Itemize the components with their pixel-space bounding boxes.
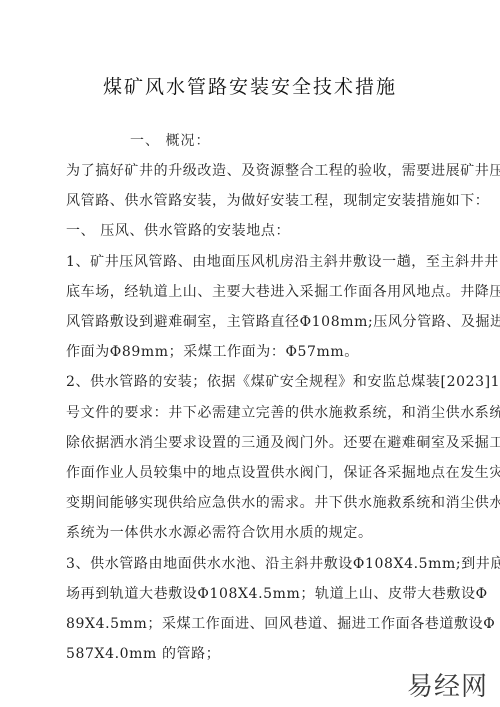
body-line: 场再到轨道大巷敷设Φ108X4.5mm；轨道上山、皮带大巷敷设Φ xyxy=(66,579,446,609)
body-line: 2、供水管路的安装；依据《煤矿安全规程》和安监总煤装[2023]146 xyxy=(66,367,446,397)
section-heading-overview: 一、 概况： xyxy=(130,130,210,150)
body-line: 作面作业人员较集中的地点设置供水阀门，保证各采掘地点在发生灾 xyxy=(66,458,446,488)
body-line: 3、供水管路由地面供水水池、沿主斜井敷设Φ108X4.5mm;到井底车 xyxy=(66,549,446,579)
body-line: 变期间能够实现供给应急供水的需求。井下供水施救系统和消尘供水 xyxy=(66,488,446,518)
body-line: 除依据洒水消尘要求设置的三通及阀门外。还要在避难硐室及采掘工 xyxy=(66,428,446,458)
body-line: 89X4.5mm；采煤工作面进、回风巷道、掘进工作面各巷道敷设Φ xyxy=(66,609,446,639)
body-line: 为了搞好矿井的升级改造、及资源整合工程的验收，需要进展矿井压 xyxy=(66,156,446,186)
body-line: 587X4.0mm 的管路； xyxy=(66,639,446,669)
body-line: 系统为一体供水水源必需符合饮用水质的规定。 xyxy=(66,518,446,548)
document-body: 为了搞好矿井的升级改造、及资源整合工程的验收，需要进展矿井压 风管路、供水管路安… xyxy=(66,156,446,669)
watermark-logo: 易经网 xyxy=(407,666,488,703)
page-title: 煤矿风水管路安装安全技术措施 xyxy=(0,72,500,99)
body-line: 一、 压风、供水管路的安装地点： xyxy=(66,216,446,246)
body-line: 1、矿井压风管路、由地面压风机房沿主斜井敷设一趟，至主斜井井 xyxy=(66,247,446,277)
body-line: 作面为Φ89mm；采煤工作面为：Φ57mm。 xyxy=(66,337,446,367)
body-line: 风管路敷设到避难硐室，主管路直径Φ108mm;压风分管路、及掘进工 xyxy=(66,307,446,337)
body-line: 底车场，经轨道上山、主要大巷进入采掘工作面各用风地点。井降压 xyxy=(66,277,446,307)
body-line: 号文件的要求：井下必需建立完善的供水施救系统，和消尘供水系统。 xyxy=(66,398,446,428)
body-line: 风管路、供水管路安装，为做好安装工程，现制定安装措施如下： xyxy=(66,186,446,216)
